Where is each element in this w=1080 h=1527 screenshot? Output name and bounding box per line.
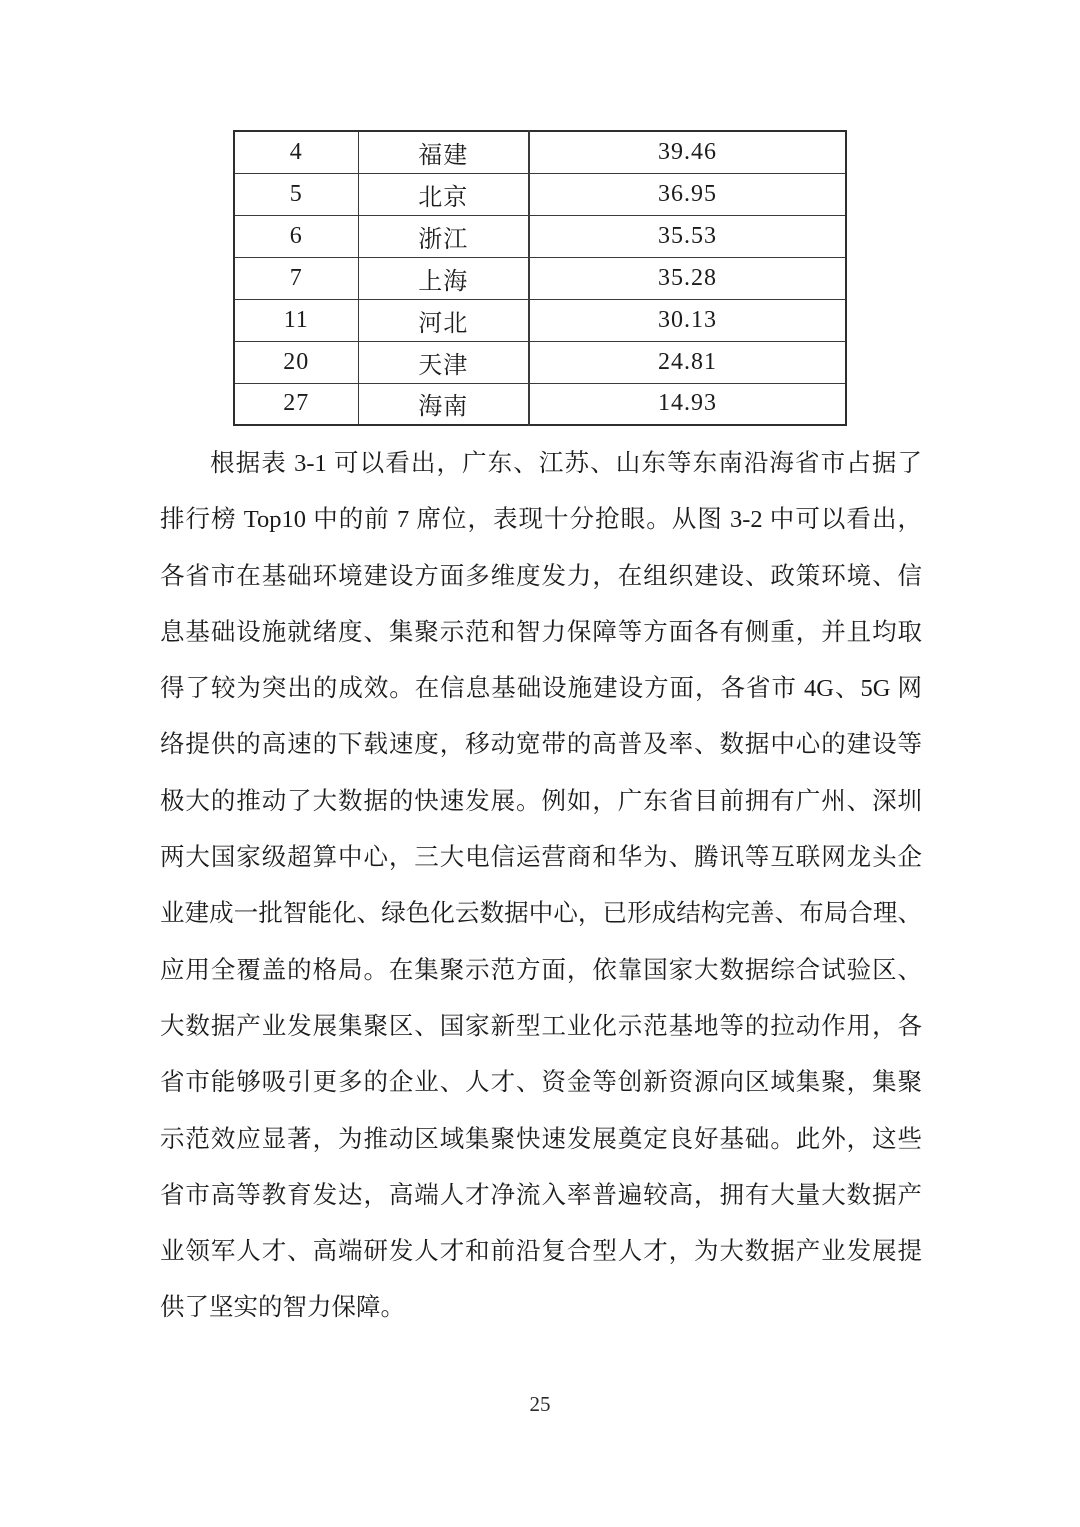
paragraph-line: 业领军人才、高端研发人才和前沿复合型人才，为大数据产业发展提: [160, 1224, 922, 1280]
table-row: 27 海南 14.93: [234, 383, 846, 425]
document-page: 4 福建 39.46 5 北京 36.95 6 浙江 35.53 7 上海: [0, 0, 1080, 1527]
province-cell: 天津: [358, 341, 529, 383]
score-cell: 30.13: [529, 299, 846, 341]
rank-cell: 11: [234, 299, 358, 341]
table-row: 4 福建 39.46: [234, 131, 846, 173]
score-cell: 39.46: [529, 131, 846, 173]
paragraph-line: 排行榜 Top10 中的前 7 席位，表现十分抢眼。从图 3-2 中可以看出，: [160, 492, 922, 548]
paragraph-line: 业建成一批智能化、绿色化云数据中心，已形成结构完善、布局合理、: [160, 886, 922, 942]
score-cell: 24.81: [529, 341, 846, 383]
province-cell: 浙江: [358, 215, 529, 257]
table-row: 7 上海 35.28: [234, 257, 846, 299]
ranking-table-container: 4 福建 39.46 5 北京 36.95 6 浙江 35.53 7 上海: [233, 130, 845, 426]
rank-cell: 5: [234, 173, 358, 215]
paragraph-line: 大数据产业发展集聚区、国家新型工业化示范基地等的拉动作用，各: [160, 999, 922, 1055]
paragraph-line: 示范效应显著，为推动区域集聚快速发展奠定良好基础。此外，这些: [160, 1112, 922, 1168]
paragraph-line: 应用全覆盖的格局。在集聚示范方面，依靠国家大数据综合试验区、: [160, 943, 922, 999]
ranking-table: 4 福建 39.46 5 北京 36.95 6 浙江 35.53 7 上海: [233, 130, 847, 426]
paragraph-line: 省市能够吸引更多的企业、人才、资金等创新资源向区域集聚，集聚: [160, 1055, 922, 1111]
paragraph-line: 息基础设施就绪度、集聚示范和智力保障等方面各有侧重，并且均取: [160, 605, 922, 661]
rank-cell: 4: [234, 131, 358, 173]
rank-cell: 20: [234, 341, 358, 383]
paragraph-line: 省市高等教育发达，高端人才净流入率普遍较高，拥有大量大数据产: [160, 1168, 922, 1224]
province-cell: 福建: [358, 131, 529, 173]
paragraph-line: 各省市在基础环境建设方面多维度发力，在组织建设、政策环境、信: [160, 549, 922, 605]
table-row: 6 浙江 35.53: [234, 215, 846, 257]
paragraph-line: 供了坚实的智力保障。: [160, 1280, 922, 1336]
paragraph-line: 极大的推动了大数据的快速发展。例如，广东省目前拥有广州、深圳: [160, 774, 922, 830]
paragraph-line: 得了较为突出的成效。在信息基础设施建设方面，各省市 4G、5G 网: [160, 661, 922, 717]
table-row: 20 天津 24.81: [234, 341, 846, 383]
score-cell: 36.95: [529, 173, 846, 215]
table-row: 5 北京 36.95: [234, 173, 846, 215]
paragraph-line: 两大国家级超算中心，三大电信运营商和华为、腾讯等互联网龙头企: [160, 830, 922, 886]
rank-cell: 27: [234, 383, 358, 425]
province-cell: 海南: [358, 383, 529, 425]
score-cell: 35.28: [529, 257, 846, 299]
table-row: 11 河北 30.13: [234, 299, 846, 341]
paragraph-line: 络提供的高速的下载速度，移动宽带的高普及率、数据中心的建设等: [160, 717, 922, 773]
rank-cell: 7: [234, 257, 358, 299]
province-cell: 河北: [358, 299, 529, 341]
score-cell: 35.53: [529, 215, 846, 257]
rank-cell: 6: [234, 215, 358, 257]
province-cell: 上海: [358, 257, 529, 299]
paragraph-line: 根据表 3-1 可以看出，广东、江苏、山东等东南沿海省市占据了: [160, 436, 922, 492]
page-number: 25: [0, 1392, 1080, 1417]
body-paragraph: 根据表 3-1 可以看出，广东、江苏、山东等东南沿海省市占据了 排行榜 Top1…: [160, 436, 922, 1337]
province-cell: 北京: [358, 173, 529, 215]
score-cell: 14.93: [529, 383, 846, 425]
